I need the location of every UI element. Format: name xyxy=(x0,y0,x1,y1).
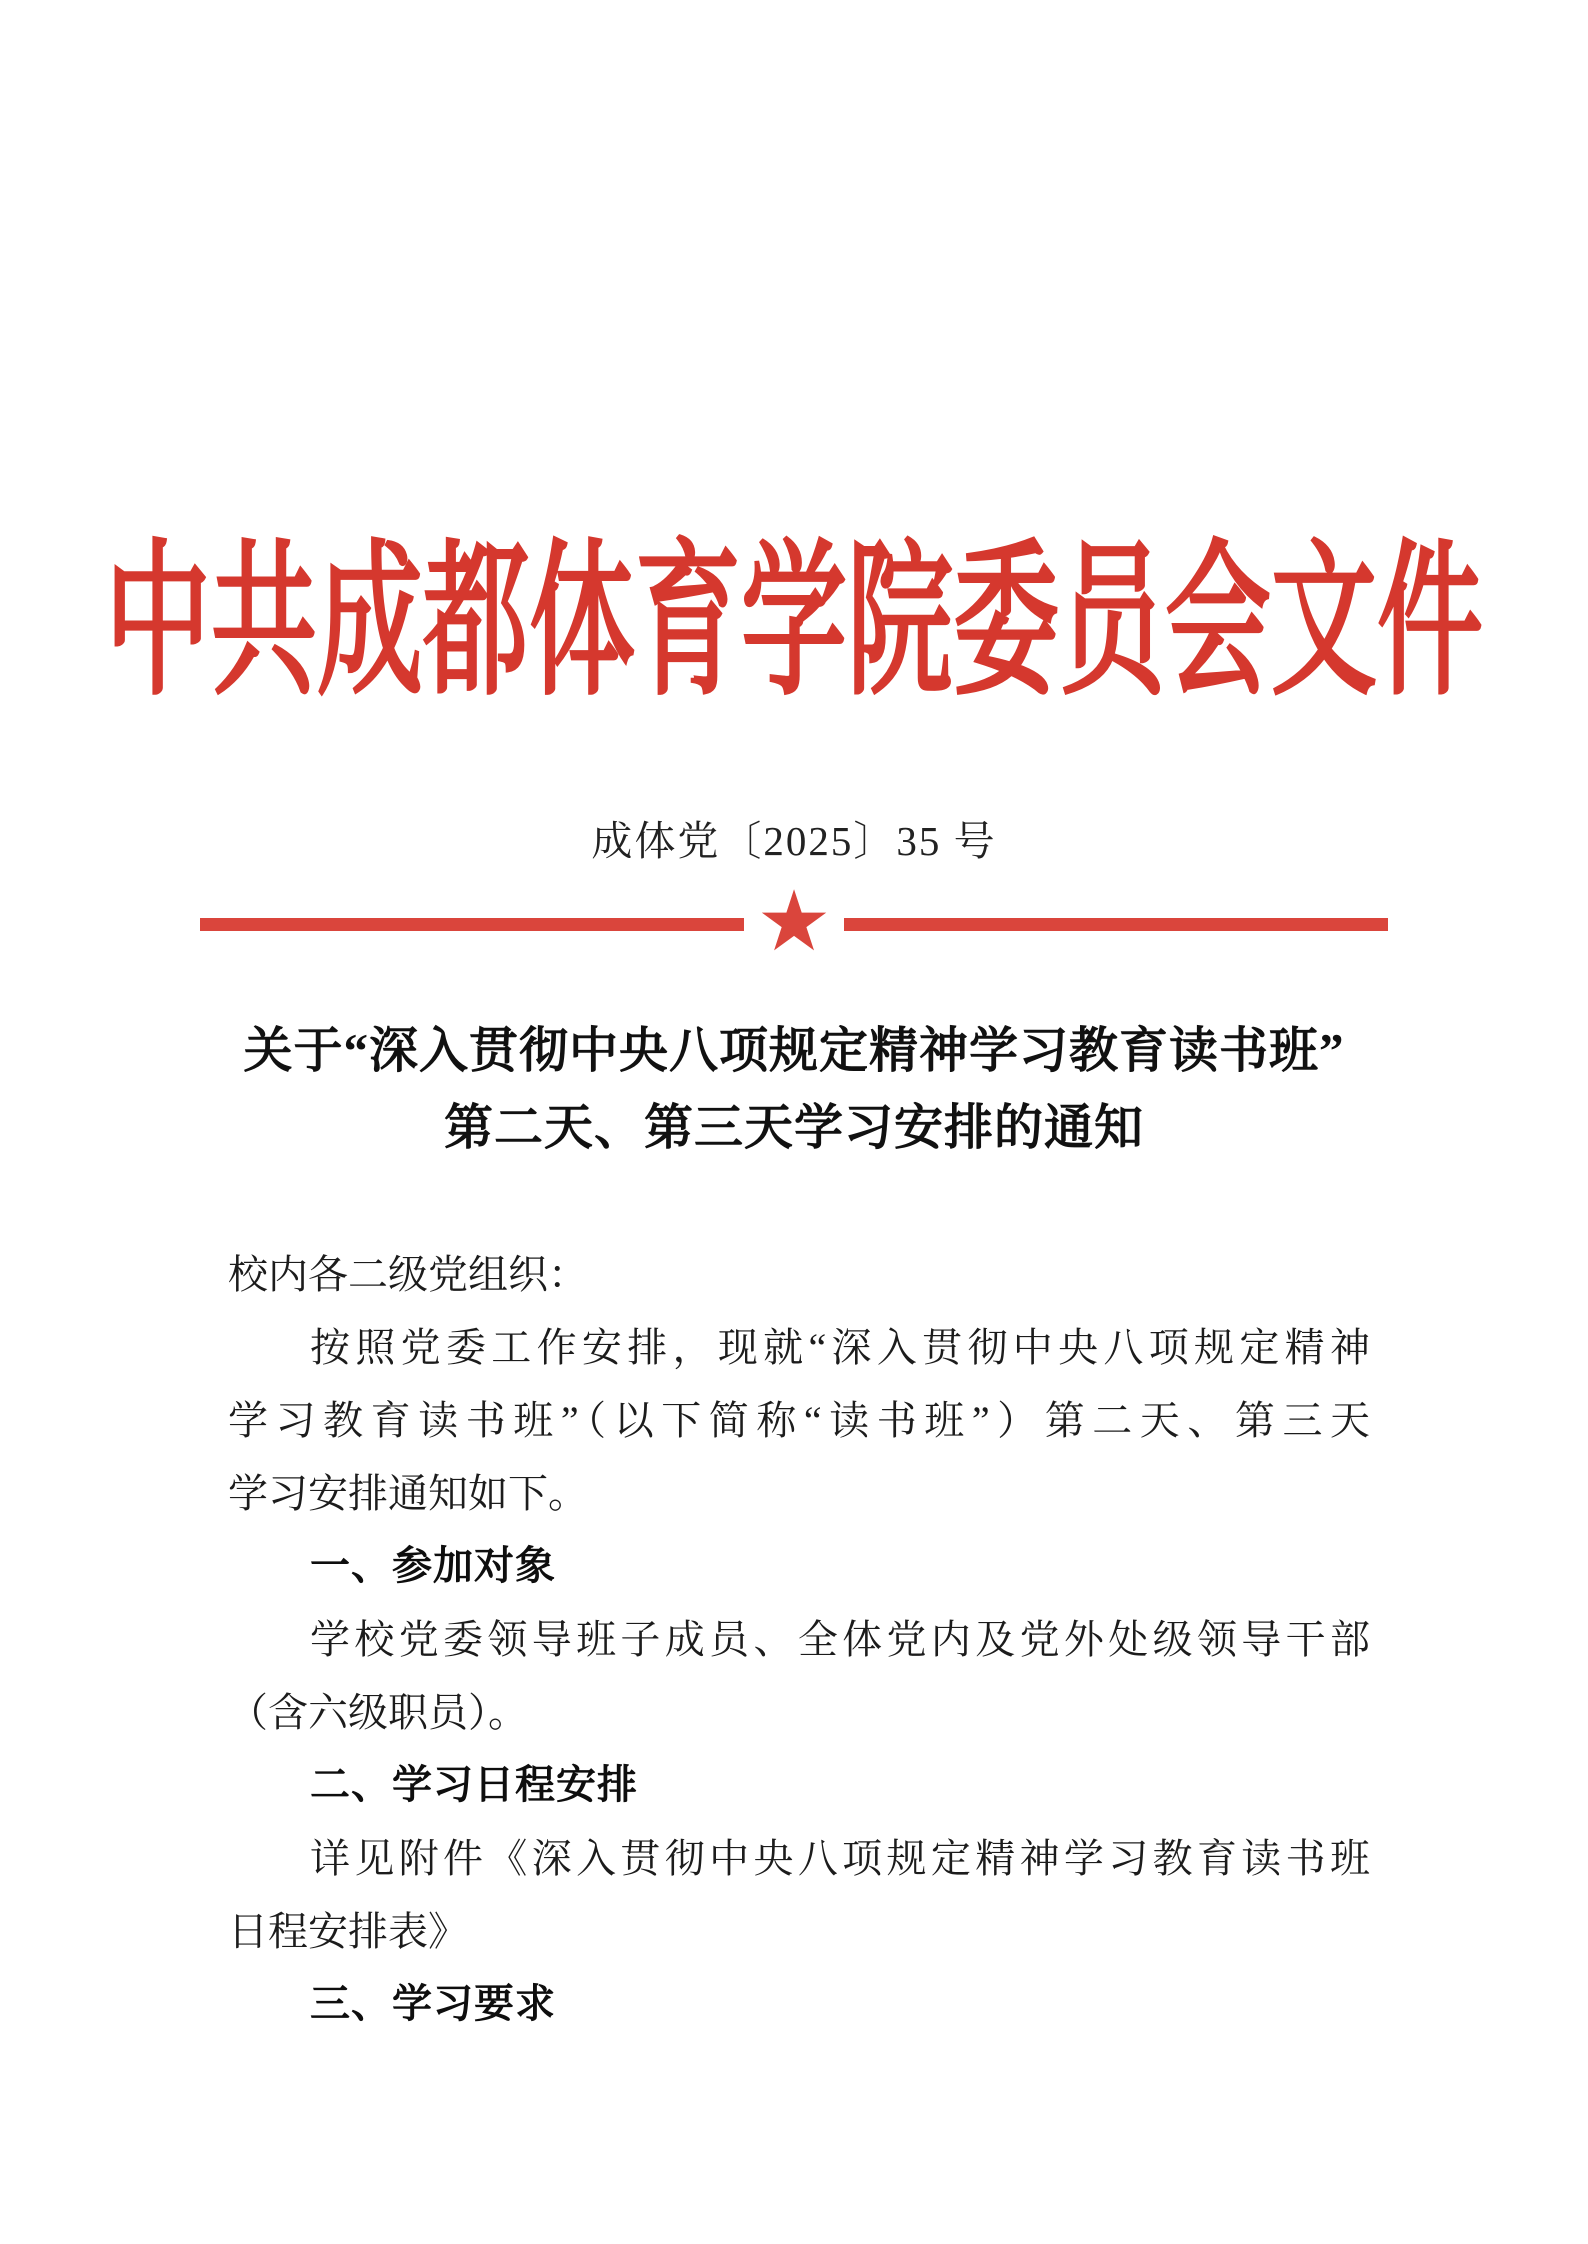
document-title-line2: 第二天、第三天学习安排的通知 xyxy=(0,1089,1588,1166)
section-heading: 一、参加对象 xyxy=(228,1530,1370,1603)
body-line: 详见附件《深入贯彻中央八项规定精神学习教育读书班 xyxy=(228,1822,1370,1895)
body-line: 学习安排通知如下。 xyxy=(228,1457,1370,1530)
document-number: 成体党〔2025〕35 号 xyxy=(0,808,1588,867)
star-icon: ★ xyxy=(756,887,831,955)
document-title: 关于“深入贯彻中央八项规定精神学习教育读书班” 第二天、第三天学习安排的通知 xyxy=(0,1012,1588,1166)
org-title: 中共成都体育学院委员会文件 xyxy=(105,540,1483,707)
separator-rule: ★ xyxy=(200,890,1388,958)
body-line: 学校党委领导班子成员、全体党内及党外处级领导干部 xyxy=(228,1603,1370,1676)
salutation: 校内各二级党组织： xyxy=(228,1238,1370,1311)
rule-line-left xyxy=(200,918,744,931)
document-page: 中共成都体育学院委员会文件 成体党〔2025〕35 号 ★ 关于“深入贯彻中央八… xyxy=(0,0,1588,2244)
section-heading: 二、学习日程安排 xyxy=(228,1749,1370,1822)
body-line: 学习教育读书班”（以下简称“读书班”）第二天、第三天 xyxy=(228,1384,1370,1457)
document-body: 校内各二级党组织： 按照党委工作安排，现就“深入贯彻中央八项规定精神 学习教育读… xyxy=(228,1238,1370,2041)
rule-line-right xyxy=(844,918,1388,931)
red-letterhead: 中共成都体育学院委员会文件 xyxy=(0,540,1588,677)
body-line: （含六级职员）。 xyxy=(228,1676,1370,1749)
section-heading: 三、学习要求 xyxy=(228,1968,1370,2041)
body-line: 按照党委工作安排，现就“深入贯彻中央八项规定精神 xyxy=(228,1311,1370,1384)
document-title-line1: 关于“深入贯彻中央八项规定精神学习教育读书班” xyxy=(0,1012,1588,1089)
body-line: 日程安排表》 xyxy=(228,1895,1370,1968)
